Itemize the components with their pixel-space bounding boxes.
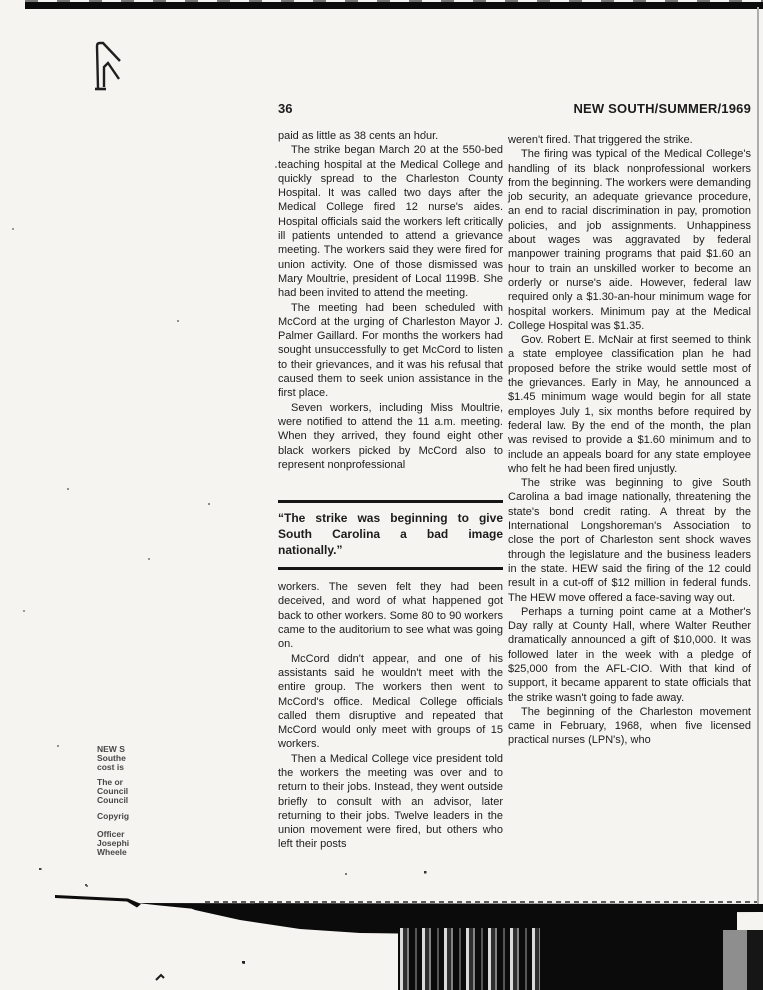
paragraph: workers. The seven felt they had been de… (278, 580, 503, 651)
scan-right-edge-line (757, 7, 759, 905)
paragraph: The strike began March 20 at the 550-bed… (278, 143, 503, 300)
paragraph: McCord didn't appear, and one of his ass… (278, 652, 503, 752)
paragraph: The beginning of the Charleston movement… (508, 705, 751, 748)
page-number: 36 (278, 101, 292, 116)
margin-fragment: Wheele (97, 848, 127, 857)
paragraph: paid as little as 38 cents an hour. (278, 129, 503, 143)
margin-fragment: Council (97, 796, 128, 805)
paragraph: Gov. Robert E. McNair at first seemed to… (508, 333, 751, 476)
margin-fragment: cost is (97, 763, 124, 772)
left-column-bottom: workers. The seven felt they had been de… (278, 580, 503, 852)
left-column-top: paid as little as 38 cents an hour.The s… (278, 129, 503, 472)
left-column: paid as little as 38 cents an hour.The s… (278, 129, 503, 852)
paragraph: Perhaps a turning point came at a Mother… (508, 605, 751, 705)
paragraph: The firing was typical of the Medical Co… (508, 147, 751, 333)
paragraph: weren't fired. That triggered the strike… (508, 133, 751, 147)
adjacent-page-text-fragments: NEW SSouthecost isThe orCouncilCouncilCo… (97, 0, 157, 990)
scan-streaks (400, 928, 540, 990)
margin-fragment: Copyrig (97, 812, 129, 821)
paragraph: Then a Medical College vice president to… (278, 752, 503, 852)
paragraph: The strike was beginning to give South C… (508, 476, 751, 605)
scan-bottom-blob (0, 858, 763, 990)
pull-quote: “The strike was beginning to give South … (278, 500, 503, 570)
right-column: weren't fired. That triggered the strike… (508, 133, 751, 748)
scan-speckles (12, 228, 14, 230)
paragraph: Seven workers, including Miss Moultrie, … (278, 401, 503, 472)
journal-header: NEW SOUTH/SUMMER/1969 (573, 101, 751, 116)
paragraph: The meeting had been scheduled with McCo… (278, 301, 503, 401)
